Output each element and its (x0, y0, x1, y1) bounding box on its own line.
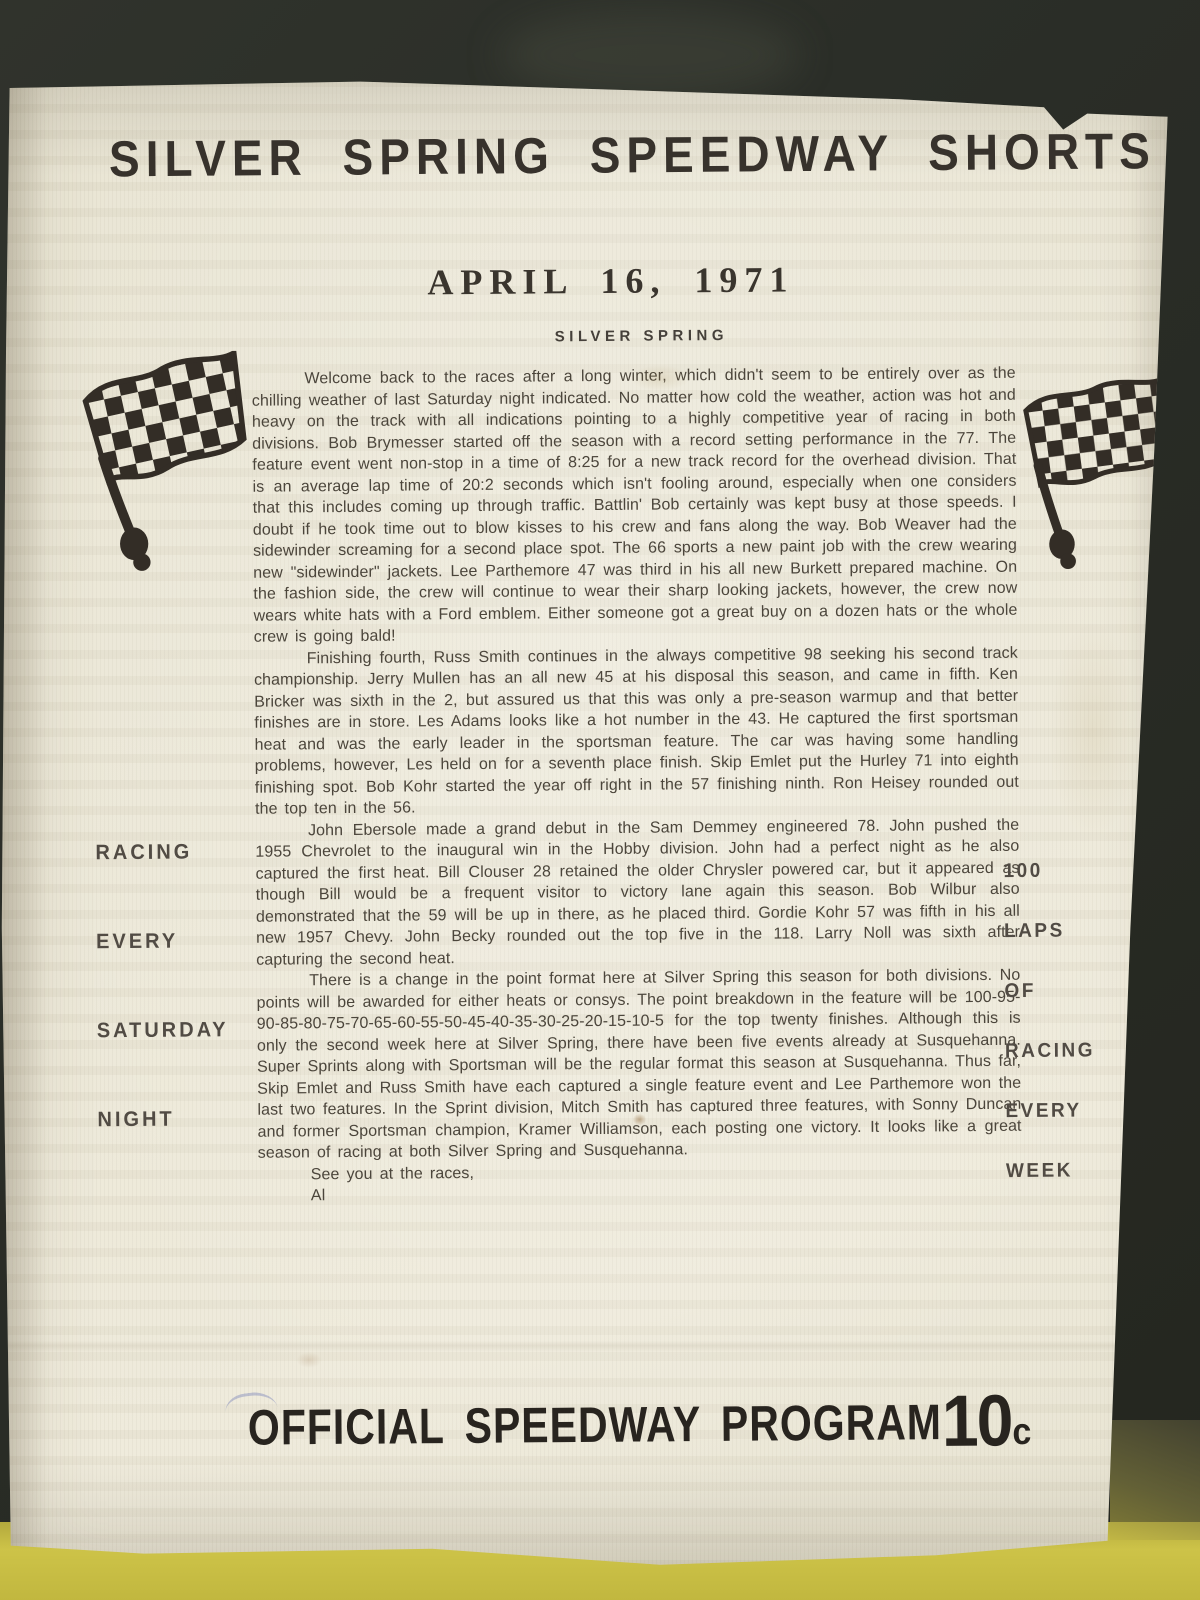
banner-word: EVERY (96, 929, 228, 954)
banner-word: EVERY (1005, 1100, 1095, 1124)
price: 10 c (942, 1389, 1032, 1451)
banner-word: RACING (95, 840, 227, 865)
banner-word: NIGHT (97, 1107, 229, 1132)
body-paragraph: Welcome back to the races after a long w… (252, 363, 1018, 648)
banner-word: OF (1004, 980, 1094, 1004)
body-paragraph: There is a change in the point format he… (256, 965, 1021, 1164)
page-content: SILVER SPRING SPEEDWAY SHORTS APRIL 16, … (0, 0, 1200, 1600)
body-paragraph: John Ebersole made a grand debut in the … (255, 814, 1020, 970)
page-title: SILVER SPRING SPEEDWAY SHORTS (80, 121, 1185, 189)
left-margin-banner: RACINGEVERYSATURDAYNIGHT (95, 841, 229, 1132)
banner-word: SATURDAY (97, 1018, 229, 1043)
background-blotch (500, 10, 800, 100)
date-heading: APRIL 16, 1971 (26, 255, 1196, 306)
banner-word: LAPS (1004, 920, 1094, 944)
location-subheading: SILVER SPRING (86, 323, 1196, 349)
price-cents-symbol: c (1012, 1413, 1031, 1451)
footer: OFFICIAL SPEEDWAY PROGRAM 10 c (248, 1395, 1027, 1457)
price-number: 10 (942, 1389, 1012, 1451)
body-paragraph: Finishing fourth, Russ Smith continues i… (254, 642, 1019, 820)
banner-word: RACING (1005, 1040, 1095, 1064)
banner-word: 100 (1003, 860, 1093, 884)
article-paragraphs: Welcome back to the races after a long w… (252, 363, 1022, 1164)
right-margin-banner: 100LAPSOFRACINGEVERYWEEK (1003, 860, 1095, 1183)
checkered-flag-icon (1007, 368, 1188, 581)
program-label: OFFICIAL SPEEDWAY PROGRAM (248, 1394, 942, 1457)
table-surface-corner (1110, 1420, 1200, 1540)
article-body: Welcome back to the races after a long w… (252, 363, 1023, 1207)
checkered-flag-icon (72, 351, 266, 581)
banner-word: WEEK (1006, 1160, 1096, 1184)
program-page: SILVER SPRING SPEEDWAY SHORTS APRIL 16, … (0, 0, 1200, 1600)
